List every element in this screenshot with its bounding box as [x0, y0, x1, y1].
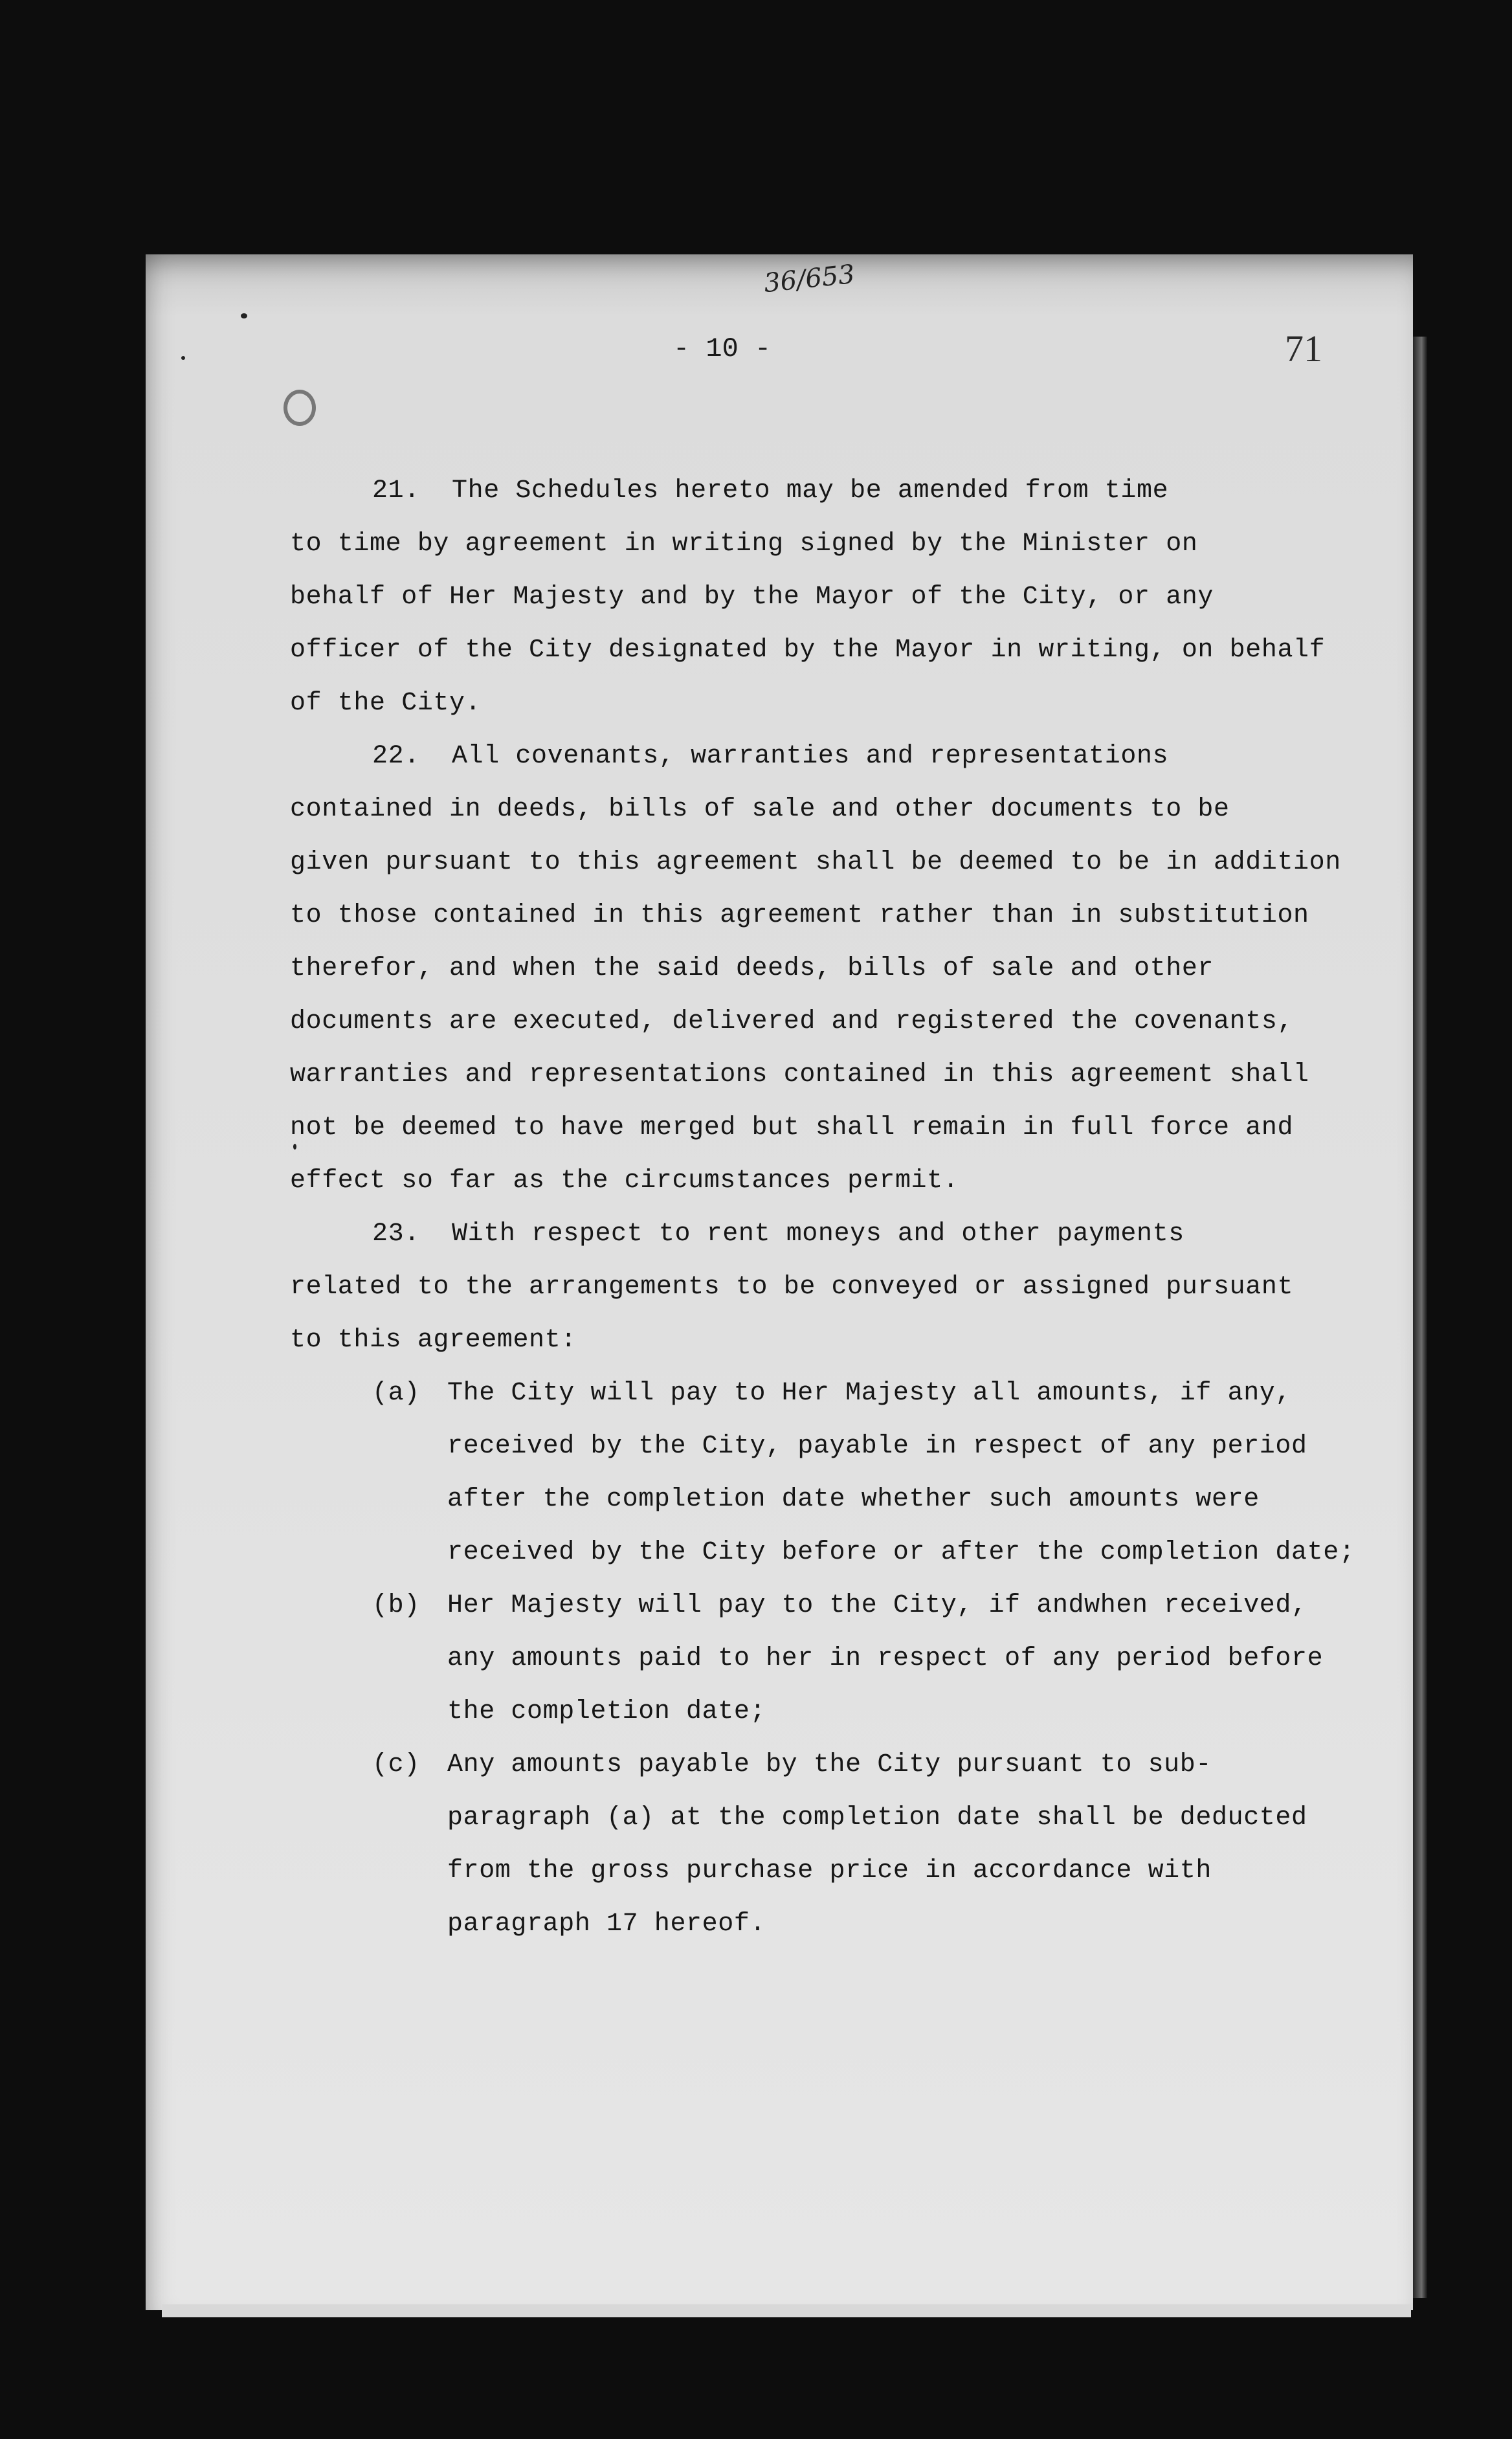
subparagraph-text: The City will pay to Her Majesty all amo…: [447, 1379, 1291, 1408]
subparagraph-a: (a)The City will pay to Her Majesty all …: [290, 1367, 1358, 1579]
paragraph-line: behalf of Her Majesty and by the Mayor o…: [290, 571, 1358, 624]
paragraph-line: not be deemed to have merged but shall r…: [290, 1102, 1358, 1155]
speck-mark: [241, 313, 247, 318]
paragraph-line: contained in deeds, bills of sale and ot…: [290, 783, 1358, 836]
subparagraph-line: (a)The City will pay to Her Majesty all …: [290, 1367, 1358, 1420]
subparagraph-c: (c)Any amounts payable by the City pursu…: [290, 1739, 1358, 1951]
underlying-sheet-edge: [162, 2304, 1411, 2317]
paragraph-line: documents are executed, delivered and re…: [290, 996, 1358, 1049]
paragraph-line: 23. With respect to rent moneys and othe…: [290, 1208, 1358, 1261]
page-edge-shadow: [1413, 337, 1427, 2298]
speck-mark: [181, 356, 185, 360]
subparagraph-label: (a): [372, 1367, 420, 1420]
subparagraph-text: Any amounts payable by the City pursuant…: [447, 1750, 1212, 1779]
document-body: 21. The Schedules hereto may be amended …: [290, 465, 1358, 1951]
punch-hole-icon: [283, 390, 316, 426]
subparagraph-b: (b)Her Majesty will pay to the City, if …: [290, 1579, 1358, 1739]
paragraph-line: warranties and representations contained…: [290, 1049, 1358, 1102]
paragraph-line: related to the arrangements to be convey…: [290, 1261, 1358, 1314]
paragraph-line: officer of the City designated by the Ma…: [290, 624, 1358, 677]
subparagraph-line: paragraph 17 hereof.: [290, 1898, 1358, 1951]
paragraph-line: effect so far as the circumstances permi…: [290, 1155, 1358, 1208]
paragraph-line: to those contained in this agreement rat…: [290, 889, 1358, 942]
paragraph-line: 22. All covenants, warranties and repres…: [290, 730, 1358, 783]
subparagraph-line: (b)Her Majesty will pay to the City, if …: [290, 1579, 1358, 1632]
subparagraph-text: Her Majesty will pay to the City, if and…: [447, 1591, 1307, 1620]
paragraph-line: 21. The Schedules hereto may be amended …: [290, 465, 1358, 518]
subparagraph-line: from the gross purchase price in accorda…: [290, 1845, 1358, 1898]
paragraph-line: of the City.: [290, 677, 1358, 730]
paragraph-22: 22. All covenants, warranties and repres…: [290, 730, 1358, 1208]
stamped-folio-number: 71: [1285, 327, 1322, 370]
paragraph-line: therefor, and when the said deeds, bills…: [290, 942, 1358, 996]
subparagraph-line: any amounts paid to her in respect of an…: [290, 1632, 1358, 1686]
subparagraph-line: paragraph (a) at the completion date sha…: [290, 1792, 1358, 1845]
paragraph-line: to this agreement:: [290, 1314, 1358, 1367]
subparagraph-line: received by the City before or after the…: [290, 1526, 1358, 1579]
subparagraph-label: (b): [372, 1579, 420, 1632]
paragraph-line: to time by agreement in writing signed b…: [290, 518, 1358, 571]
paragraph-line: given pursuant to this agreement shall b…: [290, 836, 1358, 889]
page-number: - 10 -: [673, 333, 771, 364]
paragraph-21: 21. The Schedules hereto may be amended …: [290, 465, 1358, 730]
subparagraph-line: the completion date;: [290, 1686, 1358, 1739]
subparagraph-label: (c): [372, 1739, 420, 1792]
paragraph-23: 23. With respect to rent moneys and othe…: [290, 1208, 1358, 1951]
subparagraph-line: after the completion date whether such a…: [290, 1473, 1358, 1526]
subparagraph-line: received by the City, payable in respect…: [290, 1420, 1358, 1473]
subparagraph-line: (c)Any amounts payable by the City pursu…: [290, 1739, 1358, 1792]
